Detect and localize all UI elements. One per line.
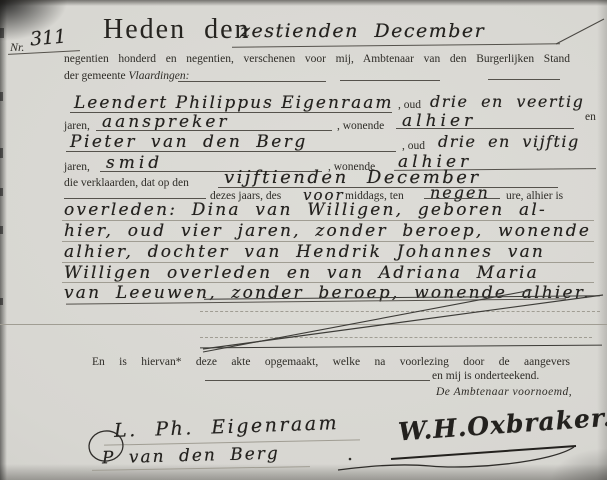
label-oud-2: , oud [402,140,425,152]
fill-line [218,187,558,188]
declarant1-occupation: aanspreker [102,112,230,132]
deceased-line-1: overleden: Dina van Willigen, geboren al… [64,200,592,220]
act-number: 311 [29,25,67,50]
official-signature-swash [338,447,574,470]
ruled-line [200,311,600,312]
deceased-line-4: Willigen overleden en van Adriana Maria [64,263,592,283]
act-date: zestienden December [240,20,485,42]
deceased-line-2: hier, oud vier jaren, zonder beroep, won… [64,221,592,241]
scan-edge-artifact [0,226,3,234]
fill-line [205,380,430,381]
label-jaren-2: jaren, [64,161,90,173]
blank-strike-line-1 [203,295,603,349]
scan-edge-artifact [0,28,4,38]
signature-declarant2: P van den Berg [102,444,280,469]
heden-den-heading: Heden den [103,14,251,46]
closing-line-2: en mij is onderteekend. [432,370,539,382]
declarant2-occupation: smid [106,153,163,173]
fill-line [340,80,440,81]
label-en: en [585,111,596,123]
fill-line [488,79,560,80]
declarant2-name: Pieter van den Berg [70,132,308,152]
scan-edge-artifact [0,298,3,305]
scan-edge-artifact [0,188,3,196]
fill-line [96,130,332,131]
header-underline-swash [556,19,604,44]
declarant1-age: drie en veertig [430,92,584,111]
scan-edge-artifact [0,92,3,101]
death-certificate-scan: Nr. 311 Heden den zestienden December ne… [0,0,607,480]
official-signature-underline [391,446,576,459]
declaration-intro: die verklaarden, dat op den [64,177,189,189]
ink-dot [349,458,352,461]
declarant1-name: Leendert Philippus Eigenraam [74,93,393,113]
label-oud-1: , oud [398,99,421,111]
fill-line [396,128,574,129]
closing-line-1: En is hiervan* deze akte opgemaakt, welk… [92,356,570,368]
fill-line [178,81,326,82]
declarant2-age: drie en vijftig [438,132,580,151]
ruled-line [200,337,592,338]
gemeente-prefix: der gemeente [64,70,126,82]
fill-line [232,43,560,47]
official-title: De Ambtenaar voornoemd, [436,386,572,398]
fill-line [64,198,206,199]
fill-line [66,151,396,152]
signature-declarant1: L. Ph. Eigenraam [114,412,340,442]
gemeente-line: der gemeente Vlaardingen: [64,70,189,82]
blank-section-bottom-line [200,345,602,349]
scan-edge-artifact [0,148,3,158]
fill-line [424,198,500,199]
deceased-line-3: alhier, dochter van Hendrik Johannes van [64,242,592,262]
ruled-line [0,324,607,325]
label-wonende-1: , wonende [337,120,384,132]
signature-official: W.H.Oxbraker. [397,403,607,447]
label-jaren-1: jaren, [64,120,90,132]
intro-line: negentien honderd en negentien, verschen… [64,53,570,65]
